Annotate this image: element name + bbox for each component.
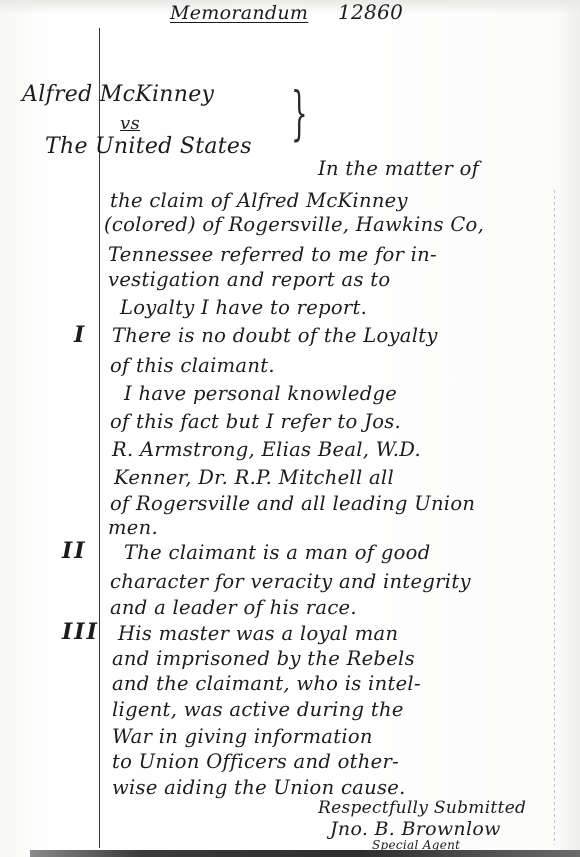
memo-line: War in giving information: [112, 725, 373, 748]
signature: Jno. B. Brownlow: [330, 818, 501, 840]
case-defendant: The United States: [45, 134, 252, 159]
memo-line: Tennessee referred to me for in-: [108, 243, 437, 266]
paragraph-number: I: [74, 322, 86, 348]
memo-line: the claim of Alfred McKinney: [110, 189, 408, 212]
memo-line: and imprisoned by the Rebels: [112, 647, 415, 670]
memo-line: to Union Officers and other-: [112, 750, 399, 773]
memo-line: R. Armstrong, Elias Beal, W.D.: [112, 438, 421, 461]
memorandum-title: Memorandum: [170, 2, 308, 24]
memo-line: Kenner, Dr. R.P. Mitchell all: [114, 466, 394, 489]
case-plaintiff: Alfred McKinney: [22, 82, 214, 107]
document-page: Memorandum 12860 Alfred McKinney vs The …: [0, 0, 580, 857]
memo-line: There is no doubt of the Loyalty: [112, 324, 438, 347]
memo-line: of Rogersville and all leading Union: [110, 492, 475, 515]
case-versus: vs: [120, 113, 140, 134]
memo-line: wise aiding the Union cause.: [112, 776, 406, 799]
paragraph-number: III: [62, 619, 99, 645]
memo-line: and a leader of his race.: [110, 596, 357, 619]
scan-bottom-edge: [30, 850, 580, 857]
memo-line: I have personal knowledge: [124, 382, 397, 405]
memo-line: Loyalty I have to report.: [120, 296, 367, 319]
memo-line: of this fact but I refer to Jos.: [110, 410, 401, 433]
memorandum-number: 12860: [338, 0, 403, 24]
right-margin-rule: [554, 190, 555, 845]
memo-line: In the matter of: [318, 157, 479, 180]
closing-line: Respectfully Submitted: [318, 798, 526, 818]
memo-line: character for veracity and integrity: [110, 570, 471, 593]
memo-line: (colored) of Rogersville, Hawkins Co,: [104, 213, 484, 236]
memo-line: and the claimant, who is intel-: [112, 672, 421, 695]
memo-line: His master was a loyal man: [118, 622, 398, 645]
caption-brace-icon: }: [291, 84, 308, 142]
memo-line: ligent, was active during the: [112, 698, 404, 721]
memo-line: The claimant is a man of good: [124, 541, 430, 564]
paragraph-number: II: [62, 538, 87, 564]
memo-line: of this claimant.: [110, 354, 275, 377]
memo-line: men.: [108, 516, 158, 539]
memo-line: vestigation and report as to: [108, 268, 390, 291]
